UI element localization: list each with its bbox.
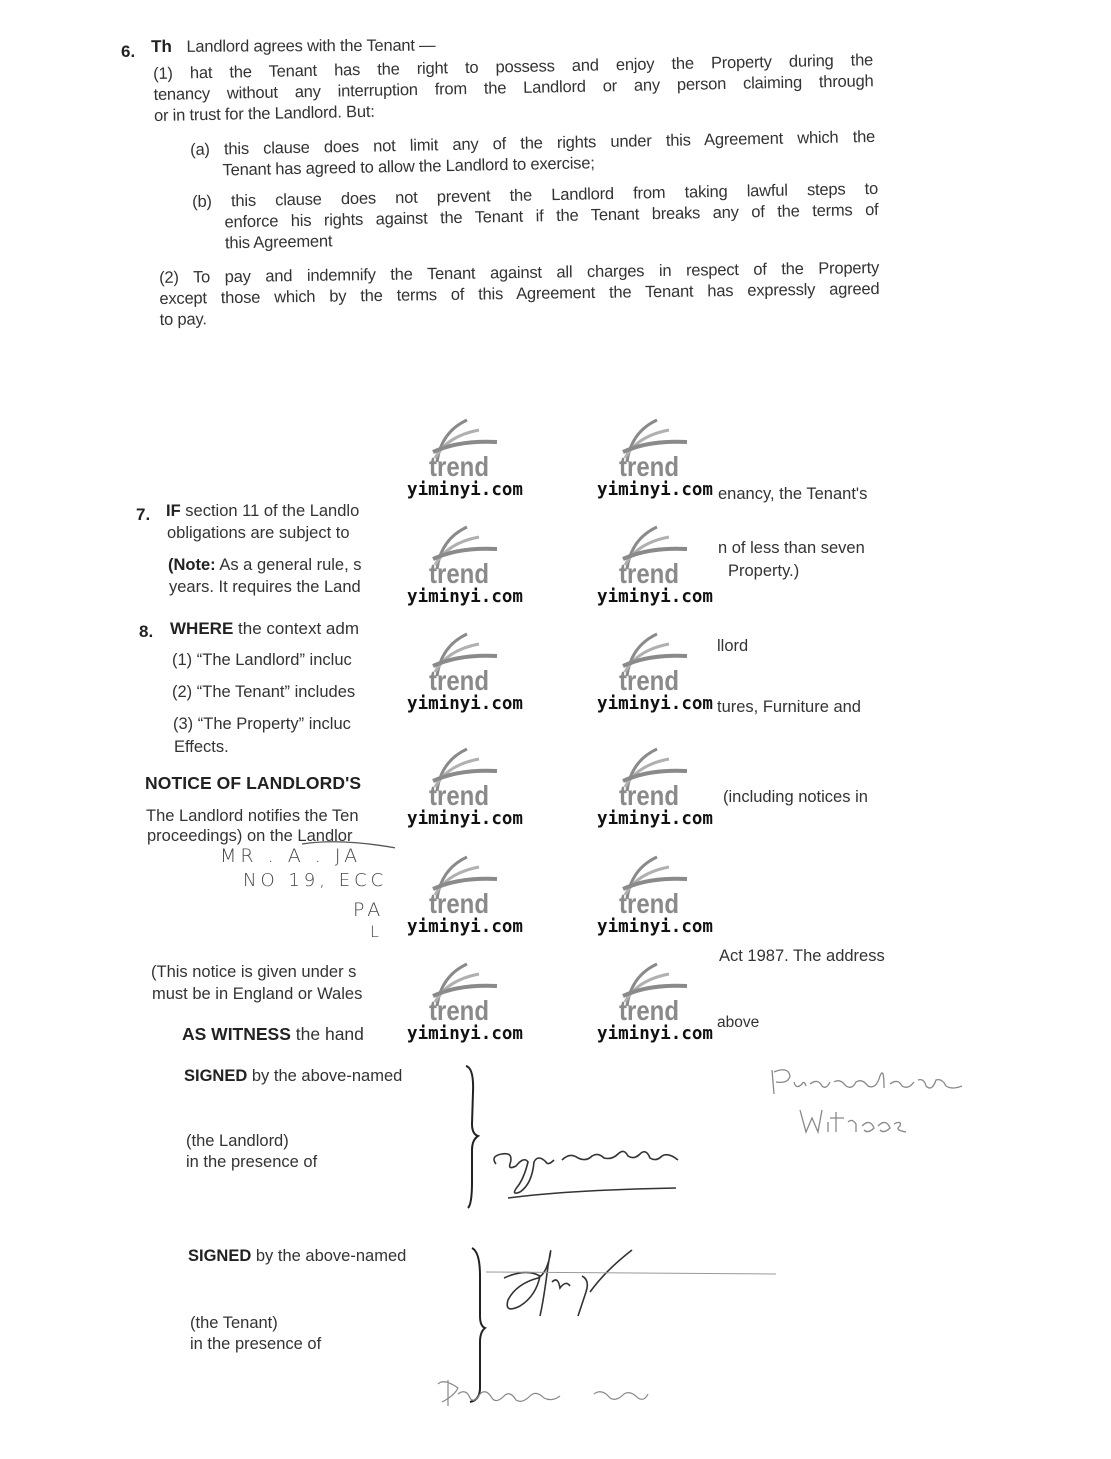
watermark: trendyiminyi.com — [585, 962, 725, 1052]
svg-text:trend: trend — [429, 888, 489, 917]
svg-text:trend: trend — [429, 995, 489, 1024]
svg-text:trend: trend — [619, 451, 679, 480]
tenant-signature — [486, 1236, 776, 1326]
clause-6-intro: Th Landlord agrees with the Tenant — — [151, 35, 436, 58]
svg-text:trend: trend — [429, 558, 489, 587]
role-label: (the Landlord) — [186, 1131, 289, 1152]
watermark: trendyiminyi.com — [395, 962, 535, 1052]
svg-text:trend: trend — [619, 558, 679, 587]
document-page: 6. Th Landlord agrees with the Tenant — … — [0, 0, 1111, 1459]
trend-logo-icon: trend — [423, 525, 503, 587]
watermark-url: yiminyi.com — [395, 809, 535, 829]
watermark-url: yiminyi.com — [585, 809, 725, 829]
notice-line-1-right: (including notices in — [723, 787, 868, 808]
trend-logo-icon: trend — [423, 418, 503, 480]
watermark-url: yiminyi.com — [585, 694, 725, 714]
trend-logo-icon: trend — [423, 747, 503, 809]
notice-heading: NOTICE OF LANDLORD'S — [145, 773, 361, 794]
trend-logo-icon: trend — [613, 632, 693, 694]
brace-icon — [462, 1062, 482, 1212]
watermark: trendyiminyi.com — [585, 855, 725, 945]
trend-logo-icon: trend — [613, 525, 693, 587]
watermark-url: yiminyi.com — [585, 917, 725, 937]
clause-number: 8. — [139, 622, 153, 642]
watermark-url: yiminyi.com — [585, 480, 725, 500]
clause-7-line-1-right: enancy, the Tenant's — [718, 484, 867, 505]
trend-logo-icon: trend — [423, 632, 503, 694]
watermark: trendyiminyi.com — [585, 525, 725, 615]
watermark: trendyiminyi.com — [585, 632, 725, 722]
tenant-witness-signature-handwriting — [434, 1376, 654, 1412]
clause-8-item-3-cont: Effects. — [174, 737, 229, 758]
notice-footnote-1-right: Act 1987. The address — [719, 946, 885, 967]
presence-label: in the presence of — [186, 1152, 317, 1173]
clause-7-line-1: IF section 11 of the Landlo — [166, 501, 359, 522]
watermark: trendyiminyi.com — [395, 525, 535, 615]
signed-label: SIGNED by the above-named — [188, 1246, 406, 1267]
witness-line: AS WITNESS the hand — [182, 1024, 364, 1045]
svg-text:trend: trend — [619, 995, 679, 1024]
watermark-url: yiminyi.com — [395, 480, 535, 500]
clause-7-note: (Note: As a general rule, s — [168, 555, 362, 576]
clause-6-para-b: (b) this clause does not prevent the Lan… — [192, 179, 879, 255]
clause-7-note-line-2-right: Property.) — [728, 561, 799, 582]
clause-number: 6. — [121, 42, 135, 62]
watermark-url: yiminyi.com — [395, 1024, 535, 1044]
watermark: trendyiminyi.com — [395, 632, 535, 722]
notice-footnote-1: (This notice is given under s — [151, 962, 356, 983]
landlord-signature — [488, 1138, 688, 1204]
watermark: trendyiminyi.com — [395, 418, 535, 508]
svg-text:trend: trend — [619, 665, 679, 694]
clause-8-item-2: (2) “The Tenant” includes — [172, 682, 355, 703]
signed-label: SIGNED by the above-named — [184, 1066, 402, 1087]
clause-8-item-3-right: tures, Furniture and — [717, 697, 861, 718]
trend-logo-icon: trend — [613, 962, 693, 1024]
witness-signature-handwriting — [766, 1062, 976, 1142]
watermark-url: yiminyi.com — [395, 587, 535, 607]
trend-logo-icon: trend — [613, 418, 693, 480]
trend-logo-icon: trend — [423, 855, 503, 917]
svg-text:trend: trend — [429, 451, 489, 480]
clause-8-line: WHERE the context adm — [170, 618, 359, 639]
clause-7-note-right: n of less than seven — [718, 538, 865, 559]
clause-number: 7. — [136, 505, 150, 525]
clause-6-para-2: (2) To pay and indemnify the Tenant agai… — [159, 258, 880, 331]
svg-text:trend: trend — [619, 780, 679, 809]
watermark: trendyiminyi.com — [585, 418, 725, 508]
clause-8-item-3: (3) “The Property” incluc — [173, 714, 351, 735]
clause-7-line-2: obligations are subject to — [167, 523, 350, 544]
watermark: trendyiminyi.com — [395, 855, 535, 945]
svg-text:trend: trend — [619, 888, 679, 917]
clause-8-item-1: (1) “The Landlord” incluc — [172, 650, 352, 671]
svg-text:trend: trend — [429, 665, 489, 694]
clause-6-para-1: (1) hat the Tenant has the right to poss… — [153, 50, 874, 127]
svg-text:trend: trend — [429, 780, 489, 809]
trend-logo-icon: trend — [613, 855, 693, 917]
trend-logo-icon: trend — [423, 962, 503, 1024]
watermark-url: yiminyi.com — [395, 917, 535, 937]
watermark: trendyiminyi.com — [395, 747, 535, 837]
watermark-url: yiminyi.com — [585, 587, 725, 607]
watermark-url: yiminyi.com — [395, 694, 535, 714]
notice-line-1: The Landlord notifies the Ten — [146, 806, 359, 827]
role-label: (the Tenant) — [190, 1313, 278, 1334]
watermark: trendyiminyi.com — [585, 747, 725, 837]
clause-7-note-line-2: years. It requires the Land — [169, 577, 361, 598]
watermark-url: yiminyi.com — [585, 1024, 725, 1044]
notice-footnote-2: must be in England or Wales — [152, 984, 362, 1005]
trend-logo-icon: trend — [613, 747, 693, 809]
clause-6-para-a: (a) this clause does not limit any of th… — [190, 127, 876, 182]
presence-label: in the presence of — [190, 1334, 321, 1355]
